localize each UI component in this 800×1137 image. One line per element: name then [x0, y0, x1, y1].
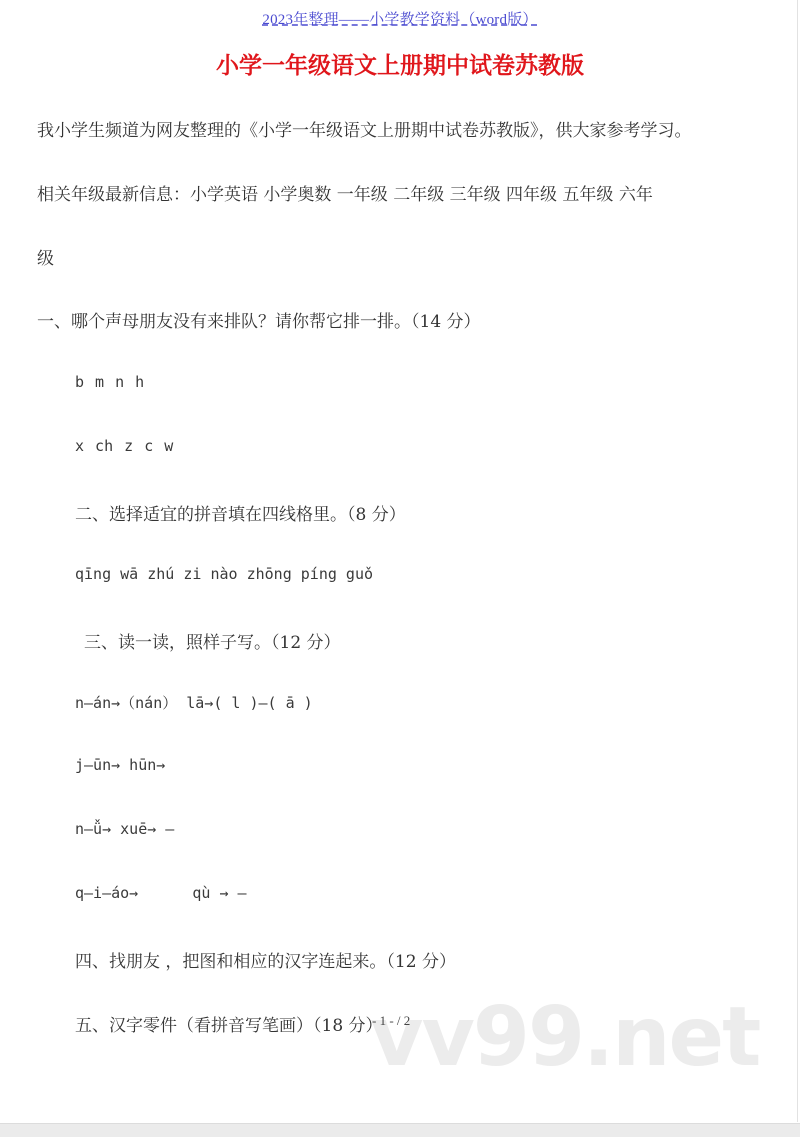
section-5-heading: 五、汉字零件（看拼音写笔画）（18 分）: [75, 1011, 383, 1036]
section-3-heading: 三、读一读，照样子写。（12 分）: [84, 628, 341, 653]
watermark: vv99.net: [370, 990, 759, 1085]
document-title: 小学一年级语文上册期中试卷苏教版: [0, 47, 800, 80]
section-3-line-4: q—i—áo→ qù → —: [75, 884, 247, 902]
section-4-heading: 四、找朋友 ，把图和相应的汉字连起来。（12 分）: [75, 947, 456, 972]
related-info-line-cont: 级: [37, 244, 54, 269]
section-3-line-2: j—ūn→ hūn→: [75, 756, 165, 774]
section-1-line-1: b m n h: [75, 373, 144, 391]
section-3-line-3: n—ǚ→ xuē→ —: [75, 820, 174, 838]
section-1-heading: 一、哪个声母朋友没有来排队？请你帮它排一排。（14 分）: [37, 307, 481, 332]
header-link[interactable]: 2023年整理——小学教学资料（word版）: [0, 8, 800, 29]
section-3-line-1: n—án→（nán） lā→( l )—( ā ): [75, 692, 313, 713]
page-number: - 1 - / 2: [372, 1013, 410, 1029]
page-gap-divider: [0, 1123, 800, 1137]
related-info-line: 相关年级最新信息：小学英语 小学奥数 一年级 二年级 三年级 四年级 五年级 六…: [37, 180, 653, 205]
document-page: 2023年整理——小学教学资料（word版） 小学一年级语文上册期中试卷苏教版 …: [0, 0, 798, 1122]
section-2-heading: 二、选择适宜的拼音填在四线格里。（8 分）: [75, 500, 406, 525]
section-2-line-1: qīng wā zhú zi nào zhōng píng guǒ: [75, 565, 373, 583]
section-1-line-2: x ch z c w: [75, 437, 173, 455]
intro-paragraph: 我小学生频道为网友整理的《小学一年级语文上册期中试卷苏教版》，供大家参考学习。: [37, 116, 692, 141]
